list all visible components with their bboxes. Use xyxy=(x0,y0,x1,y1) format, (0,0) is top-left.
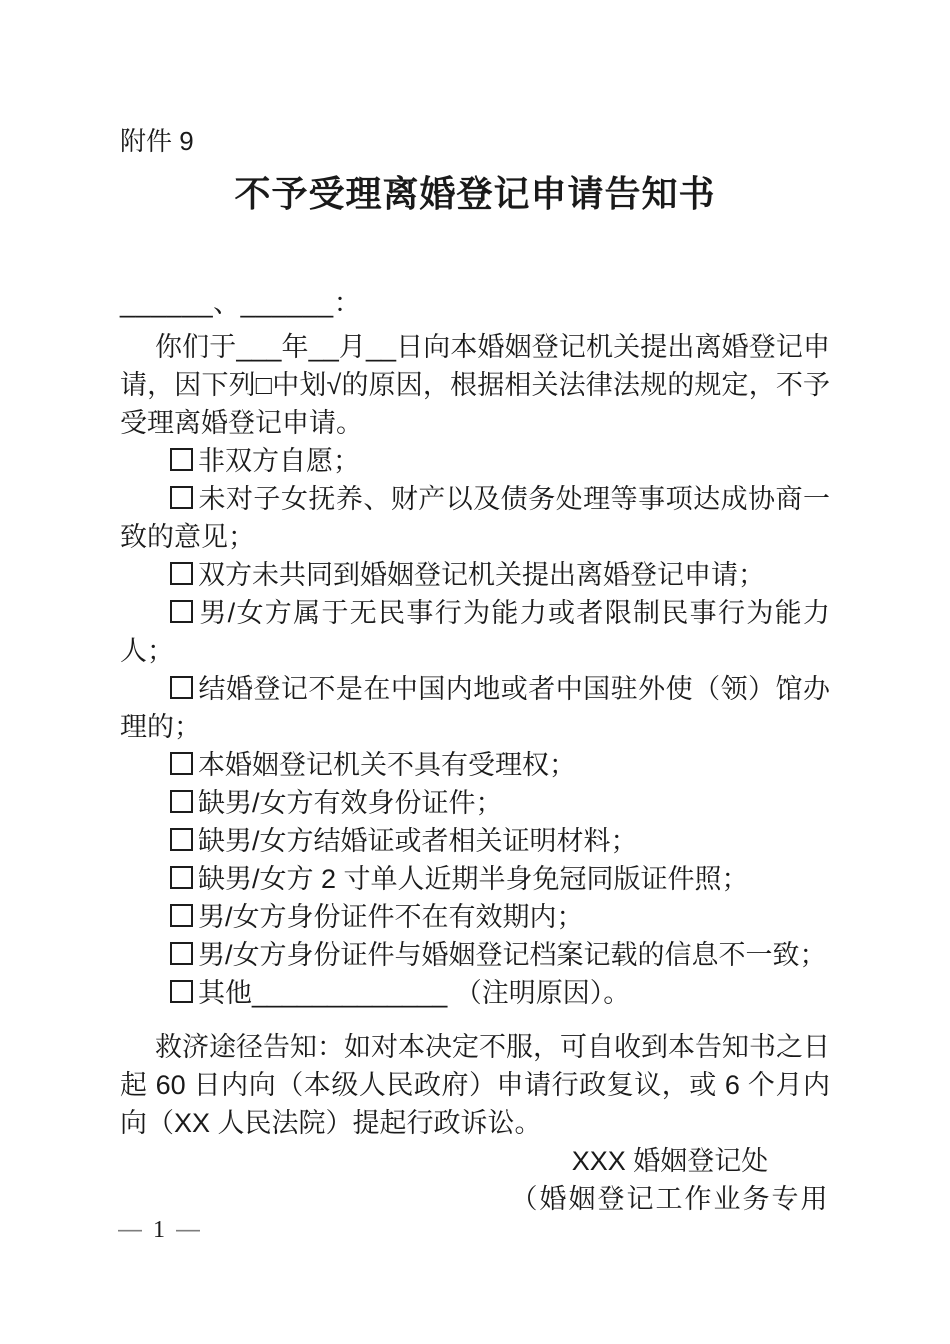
document-page: 附件 9 不予受理离婚登记申请告知书 ______、______： 你们于___… xyxy=(0,0,950,1344)
checklist-item: 缺男/女方 2 寸单人近期半身免冠同版证件照； xyxy=(120,860,830,898)
checklist-item: 本婚姻登记机关不具有受理权； xyxy=(120,746,830,784)
checklist-item-label: 双方未共同到婚姻登记机关提出离婚登记申请； xyxy=(198,560,765,590)
attachment-label: 附件 9 xyxy=(120,124,830,158)
checklist-item: 男/女方属于无民事行为能力或者限制民事行为能力人； xyxy=(120,594,830,670)
checklist-item: 缺男/女方有效身份证件； xyxy=(120,784,830,822)
checklist-item-label: 缺男/女方有效身份证件； xyxy=(198,788,503,818)
footer-dash-left: — xyxy=(118,1216,142,1243)
checkbox-icon xyxy=(170,904,193,927)
checkbox-icon xyxy=(170,980,193,1003)
salutation-line: ______、______： xyxy=(120,284,830,322)
checkbox-icon xyxy=(170,752,193,775)
page-number-footer: —1— xyxy=(118,1216,200,1244)
signature-seal-note: （婚姻登记工作业务专用 xyxy=(500,1180,840,1218)
checklist-item-label: 男/女方身份证件与婚姻登记档案记载的信息不一致； xyxy=(198,940,827,970)
checklist-item-label: 其他_____________ （注明原因）。 xyxy=(198,978,630,1008)
checkbox-icon xyxy=(170,790,193,813)
checklist-item-label: 未对子女抚养、财产以及债务处理等事项达成协商一致的意见； xyxy=(120,484,830,552)
checkbox-icon xyxy=(170,942,193,965)
remedy-paragraph: 救济途径告知：如对本决定不服，可自收到本告知书之日起 60 日内向（本级人民政府… xyxy=(120,1028,830,1142)
checklist-item: 双方未共同到婚姻登记机关提出离婚登记申请； xyxy=(120,556,830,594)
checklist-item: 未对子女抚养、财产以及债务处理等事项达成协商一致的意见； xyxy=(120,480,830,556)
checklist-item-label: 男/女方身份证件不在有效期内； xyxy=(198,902,584,932)
page-number: 1 xyxy=(153,1217,165,1243)
intro-paragraph: 你们于___年__月__日向本婚姻登记机关提出离婚登记申请，因下列□中划√的原因… xyxy=(120,328,830,442)
checklist-item: 缺男/女方结婚证或者相关证明材料； xyxy=(120,822,830,860)
signature-office: XXX 婚姻登记处 xyxy=(500,1142,840,1180)
checklist-item-label: 缺男/女方 2 寸单人近期半身免冠同版证件照； xyxy=(198,864,749,894)
checklist-item: 其他_____________ （注明原因）。 xyxy=(120,974,830,1012)
checklist-item-label: 结婚登记不是在中国内地或者中国驻外使（领）馆办理的； xyxy=(120,674,830,742)
page-title: 不予受理离婚登记申请告知书 xyxy=(120,170,830,218)
checkbox-icon xyxy=(170,676,193,699)
checkbox-icon xyxy=(170,828,193,851)
checklist-item: 非双方自愿； xyxy=(120,442,830,480)
checklist-item: 男/女方身份证件与婚姻登记档案记载的信息不一致； xyxy=(120,936,830,974)
footer-dash-right: — xyxy=(176,1216,200,1243)
checklist-item: 结婚登记不是在中国内地或者中国驻外使（领）馆办理的； xyxy=(120,670,830,746)
checklist-item-label: 非双方自愿； xyxy=(198,446,360,476)
checkbox-icon xyxy=(170,448,193,471)
checklist-item: 男/女方身份证件不在有效期内； xyxy=(120,898,830,936)
checkbox-icon xyxy=(170,562,193,585)
checklist-item-label: 男/女方属于无民事行为能力或者限制民事行为能力人； xyxy=(120,598,830,666)
checkbox-icon xyxy=(170,866,193,889)
checklist-item-label: 本婚姻登记机关不具有受理权； xyxy=(198,750,576,780)
checklist-item-label: 缺男/女方结婚证或者相关证明材料； xyxy=(198,826,638,856)
checkbox-icon xyxy=(170,600,193,623)
checkbox-icon xyxy=(170,486,193,509)
signature-block: XXX 婚姻登记处 （婚姻登记工作业务专用 xyxy=(500,1142,840,1218)
